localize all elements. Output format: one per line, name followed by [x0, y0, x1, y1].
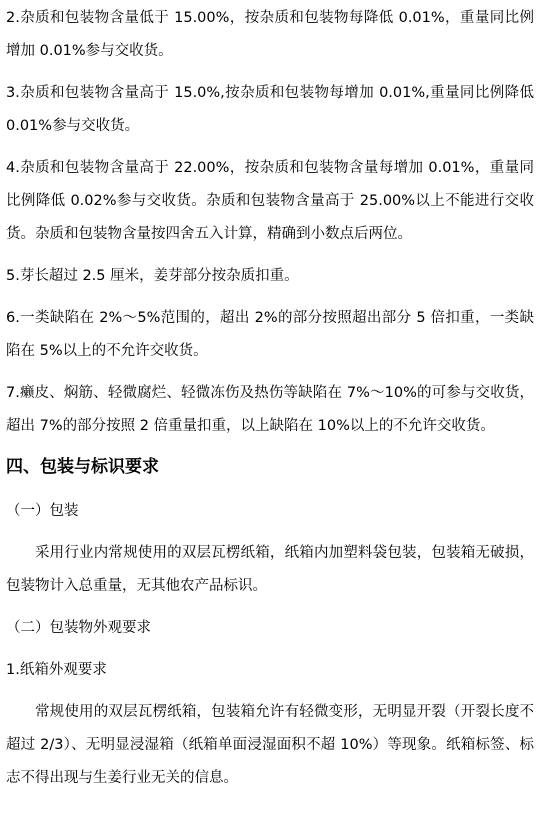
section-heading-packaging-and-labeling: 四、包装与标识要求	[6, 452, 534, 482]
paragraph-rule-2: 2.杂质和包装物含量低于 15.00%，按杂质和包装物每降低 0.01%，重量同…	[6, 2, 534, 68]
paragraph-carton-appearance-body: 常规使用的双层瓦楞纸箱，包装箱允许有轻微变形，无明显开裂（开裂长度不超过 2/3…	[6, 696, 534, 795]
paragraph-packaging-body: 采用行业内常规使用的双层瓦楞纸箱，纸箱内加塑料袋包装，包装箱无破损，包装物计入总…	[6, 537, 534, 603]
item-title-carton-appearance: 1.纸箱外观要求	[6, 654, 534, 687]
document-page: 2.杂质和包装物含量低于 15.00%，按杂质和包装物每降低 0.01%，重量同…	[0, 0, 541, 821]
paragraph-rule-5: 5.芽长超过 2.5 厘米，姜芽部分按杂质扣重。	[6, 260, 534, 293]
paragraph-rule-4: 4.杂质和包装物含量高于 22.00%，按杂质和包装物含量每增加 0.01%，重…	[6, 152, 534, 251]
subsection-title-packaging: （一）包装	[6, 495, 534, 528]
paragraph-rule-6: 6.一类缺陷在 2%～5%范围的，超出 2%的部分按照超出部分 5 倍扣重，一类…	[6, 302, 534, 368]
paragraph-rule-7: 7.癞皮、焖筋、轻微腐烂、轻微冻伤及热伤等缺陷在 7%～10%的可参与交收货，超…	[6, 377, 534, 443]
subsection-title-package-appearance: （二）包装物外观要求	[6, 612, 534, 645]
paragraph-rule-3: 3.杂质和包装物含量高于 15.0%,按杂质和包装物每增加 0.01%,重量同比…	[6, 77, 534, 143]
